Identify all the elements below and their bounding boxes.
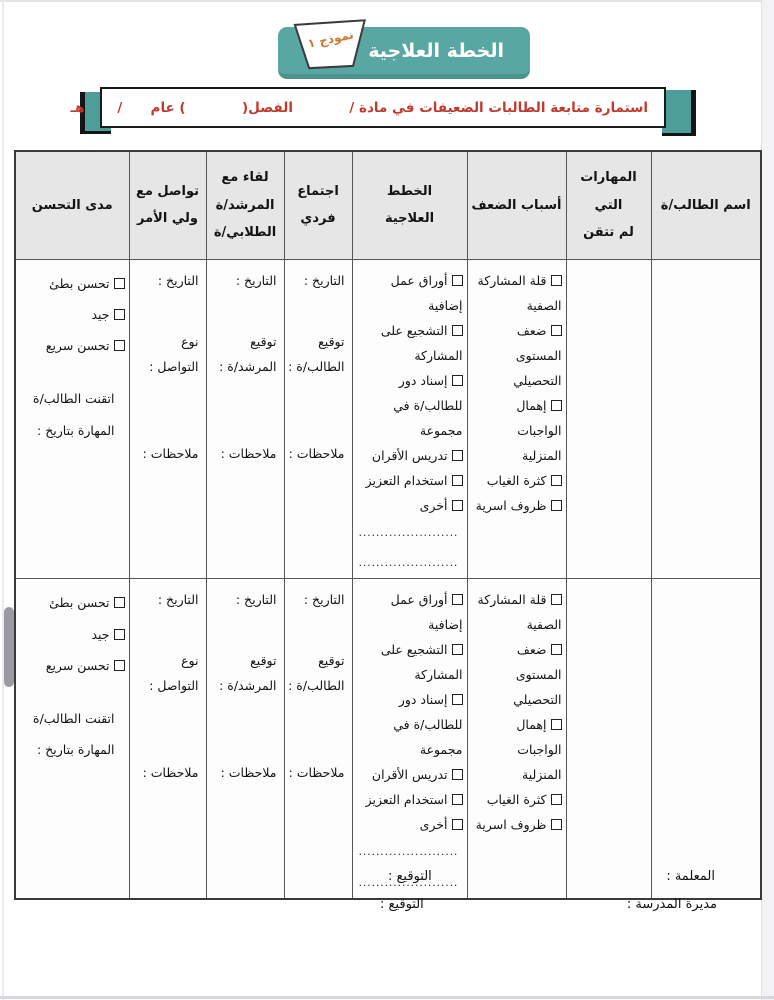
- item-label: جيد: [91, 307, 109, 322]
- check-item: تحسن سريع: [18, 650, 125, 681]
- check-item: قلة المشاركة الصفية: [470, 268, 562, 318]
- item-label: تحسن سريع: [46, 658, 110, 673]
- teacher-signature-label: التوقيع :: [388, 869, 432, 884]
- item-label: التاريخ :: [236, 592, 277, 607]
- scanned-form-page: الخطة العلاجية نموذج ١ استمارة متابعة ال…: [0, 0, 774, 1000]
- item-label: تدريس الأقران: [372, 767, 448, 782]
- table-row: قلة المشاركة الصفيةضعف المستوى التحصيليإ…: [15, 259, 761, 579]
- checkbox[interactable]: [452, 819, 463, 830]
- checkbox[interactable]: [551, 500, 562, 511]
- column-header-student-name: اسم الطالب/ة: [651, 151, 761, 259]
- check-item: التشجيع على المشاركة: [355, 318, 463, 368]
- check-item: كثرة الغياب: [470, 468, 562, 493]
- page-edge-top: [0, 0, 774, 2]
- table-row: قلة المشاركة الصفيةضعف المستوى التحصيليإ…: [15, 579, 761, 899]
- check-item: تدريس الأقران: [355, 762, 463, 787]
- checkbox[interactable]: [452, 644, 463, 655]
- cell-skills[interactable]: [566, 259, 651, 579]
- item-label: جيد: [91, 627, 109, 642]
- column-header-individual-meeting: اجتماع فردي: [284, 151, 352, 259]
- item-label: ملاحظات :: [221, 446, 277, 461]
- cell-individual: التاريخ :توقيع الطالب/ة :ملاحظات :: [284, 259, 352, 579]
- item-label: أخرى: [420, 817, 448, 832]
- text-item: نوع التواصل :: [132, 648, 202, 698]
- text-item: .......................: [355, 518, 463, 548]
- text-item: التاريخ :: [287, 587, 348, 612]
- checkbox[interactable]: [452, 275, 463, 286]
- check-item: إهمال الواجبات المنزلية: [470, 712, 562, 787]
- check-item: قلة المشاركة الصفية: [470, 587, 562, 637]
- check-item: ظروف اسرية: [470, 493, 562, 518]
- item-label: أخرى: [420, 498, 448, 513]
- check-item: أوراق عمل إضافية: [355, 587, 463, 637]
- check-item: تحسن بطئ: [18, 587, 125, 618]
- checkbox[interactable]: [452, 375, 463, 386]
- text-item: توقيع الطالب/ة :: [287, 329, 348, 379]
- checkbox[interactable]: [551, 275, 562, 286]
- check-item: جيد: [18, 299, 125, 330]
- item-label: التاريخ :: [158, 592, 199, 607]
- item-label: تحسن سريع: [46, 338, 110, 353]
- cell-improvement: تحسن بطئجيدتحسن سريعاتقنت الطالب/ة المها…: [15, 259, 129, 579]
- item-label: ظروف اسرية: [476, 498, 547, 513]
- text-item: ملاحظات :: [209, 441, 280, 466]
- item-label: تحسن بطئ: [49, 276, 109, 291]
- item-label: التاريخ :: [304, 592, 345, 607]
- checkbox[interactable]: [452, 769, 463, 780]
- check-item: جيد: [18, 619, 125, 650]
- text-item: التاريخ :: [209, 587, 280, 612]
- checkbox[interactable]: [114, 309, 125, 320]
- teacher-label: المعلمة :: [666, 869, 715, 884]
- page-edge-bottom: [0, 996, 774, 999]
- item-label: استخدام التعزيز: [366, 792, 448, 807]
- column-header-weakness-causes: أسباب الضعف: [467, 151, 566, 259]
- text-item: ملاحظات :: [132, 760, 202, 785]
- titlebar-accent-right: [662, 90, 696, 136]
- item-label: تحسن بطئ: [49, 595, 109, 610]
- principal-signature-label: التوقيع :: [380, 897, 424, 912]
- check-item: إسناد دور للطالب/ة في مجموعة: [355, 687, 463, 762]
- checkbox[interactable]: [551, 644, 562, 655]
- item-label: تدريس الأقران: [372, 448, 448, 463]
- item-label: ظروف اسرية: [476, 817, 547, 832]
- checkbox[interactable]: [551, 325, 562, 336]
- checkbox[interactable]: [114, 597, 125, 608]
- column-header-guardian-contact: تواصل مع ولي الأمر: [129, 151, 206, 259]
- cell-guardian: التاريخ :نوع التواصل :ملاحظات :: [129, 579, 206, 899]
- check-item: استخدام التعزيز: [355, 787, 463, 812]
- form-title: استمارة متابعة الطالبات الضعيفات في مادة…: [71, 100, 648, 116]
- check-item: إسناد دور للطالب/ة في مجموعة: [355, 368, 463, 443]
- cell-plans: أوراق عمل إضافيةالتشجيع على المشاركةإسنا…: [352, 579, 467, 899]
- form-title-bar: استمارة متابعة الطالبات الضعيفات في مادة…: [100, 87, 666, 128]
- cell-student-name[interactable]: [651, 579, 761, 899]
- checkbox[interactable]: [551, 794, 562, 805]
- text-item: التاريخ :: [287, 268, 348, 293]
- item-label: نوع التواصل :: [149, 334, 198, 374]
- checkbox[interactable]: [551, 719, 562, 730]
- text-item: .......................: [355, 837, 463, 867]
- item-label: التشجيع على المشاركة: [381, 323, 463, 363]
- scrollbar-thumb[interactable]: [4, 607, 14, 687]
- checkbox[interactable]: [452, 325, 463, 336]
- cell-guardian: التاريخ :نوع التواصل :ملاحظات :: [129, 259, 206, 579]
- item-label: .......................: [359, 527, 459, 539]
- item-label: استخدام التعزيز: [366, 473, 448, 488]
- text-item: التاريخ :: [132, 268, 202, 293]
- check-item: إهمال الواجبات المنزلية: [470, 393, 562, 468]
- text-item: اتقنت الطالب/ة المهارة بتاريخ :: [18, 703, 125, 766]
- cell-causes: قلة المشاركة الصفيةضعف المستوى التحصيليإ…: [467, 579, 566, 899]
- item-label: توقيع الطالب/ة :: [288, 653, 344, 693]
- banner-title: الخطة العلاجية: [368, 40, 504, 62]
- form-number-badge: نموذج ١: [290, 19, 373, 73]
- item-label: ملاحظات :: [143, 446, 199, 461]
- item-label: اتقنت الطالب/ة المهارة بتاريخ :: [33, 711, 114, 757]
- cell-student-name[interactable]: [651, 259, 761, 579]
- check-item: أخرى: [355, 493, 463, 518]
- item-label: التاريخ :: [158, 273, 199, 288]
- check-item: ضعف المستوى التحصيلي: [470, 637, 562, 712]
- text-item: .......................: [355, 548, 463, 578]
- item-label: ملاحظات :: [221, 765, 277, 780]
- checkbox[interactable]: [452, 594, 463, 605]
- check-item: التشجيع على المشاركة: [355, 637, 463, 687]
- item-label: قلة المشاركة الصفية: [478, 273, 562, 313]
- check-item: ضعف المستوى التحصيلي: [470, 318, 562, 393]
- column-header-remedial-plans: الخطط العلاجية: [352, 151, 467, 259]
- check-item: استخدام التعزيز: [355, 468, 463, 493]
- checkbox[interactable]: [114, 660, 125, 671]
- item-label: كثرة الغياب: [487, 792, 547, 807]
- cell-counselor: التاريخ :توقيع المرشد/ة :ملاحظات :: [206, 259, 284, 579]
- checkbox[interactable]: [551, 819, 562, 830]
- text-item: التاريخ :: [132, 587, 202, 612]
- item-label: ملاحظات :: [289, 765, 345, 780]
- item-label: توقيع المرشد/ة :: [219, 653, 276, 693]
- item-label: كثرة الغياب: [487, 473, 547, 488]
- text-item: توقيع الطالب/ة :: [287, 648, 348, 698]
- check-item: تدريس الأقران: [355, 443, 463, 468]
- column-header-improvement: مدى التحسن: [15, 151, 129, 259]
- item-label: نوع التواصل :: [149, 653, 198, 693]
- text-item: ملاحظات :: [287, 760, 348, 785]
- checkbox[interactable]: [452, 475, 463, 486]
- item-label: ملاحظات :: [143, 765, 199, 780]
- item-label: توقيع الطالب/ة :: [288, 334, 344, 374]
- text-item: ملاحظات :: [287, 441, 348, 466]
- text-item: توقيع المرشد/ة :: [209, 329, 280, 379]
- checkbox[interactable]: [114, 340, 125, 351]
- text-item: توقيع المرشد/ة :: [209, 648, 280, 698]
- checkbox[interactable]: [551, 594, 562, 605]
- check-item: أوراق عمل إضافية: [355, 268, 463, 318]
- table-body: قلة المشاركة الصفيةضعف المستوى التحصيليإ…: [15, 259, 761, 899]
- checkbox[interactable]: [452, 500, 463, 511]
- text-item: ملاحظات :: [209, 760, 280, 785]
- cell-plans: أوراق عمل إضافيةالتشجيع على المشاركةإسنا…: [352, 259, 467, 579]
- table-header: اسم الطالب/ة المهارات التي لم تتقن أسباب…: [15, 151, 761, 259]
- item-label: التاريخ :: [236, 273, 277, 288]
- page-edge-right: [761, 0, 774, 1000]
- check-item: تحسن سريع: [18, 330, 125, 361]
- item-label: اتقنت الطالب/ة المهارة بتاريخ :: [33, 391, 114, 437]
- checkbox[interactable]: [452, 450, 463, 461]
- item-label: .......................: [359, 846, 459, 858]
- item-label: ملاحظات :: [289, 446, 345, 461]
- column-header-counselor-meeting: لقاء مع المرشد/ة الطلابي/ة: [206, 151, 284, 259]
- check-item: تحسن بطئ: [18, 268, 125, 299]
- cell-causes: قلة المشاركة الصفيةضعف المستوى التحصيليإ…: [467, 259, 566, 579]
- cell-counselor: التاريخ :توقيع المرشد/ة :ملاحظات :: [206, 579, 284, 899]
- cell-improvement: تحسن بطئجيدتحسن سريعاتقنت الطالب/ة المها…: [15, 579, 129, 899]
- item-label: التاريخ :: [304, 273, 345, 288]
- checkbox[interactable]: [551, 400, 562, 411]
- checkbox[interactable]: [551, 475, 562, 486]
- cell-skills[interactable]: [566, 579, 651, 899]
- item-label: التشجيع على المشاركة: [381, 642, 463, 682]
- check-item: ظروف اسرية: [470, 812, 562, 837]
- item-label: توقيع المرشد/ة :: [219, 334, 276, 374]
- form-table: اسم الطالب/ة المهارات التي لم تتقن أسباب…: [14, 150, 762, 900]
- checkbox[interactable]: [114, 629, 125, 640]
- column-header-skills: المهارات التي لم تتقن: [566, 151, 651, 259]
- checkbox[interactable]: [114, 278, 125, 289]
- text-item: اتقنت الطالب/ة المهارة بتاريخ :: [18, 383, 125, 446]
- header-row: اسم الطالب/ة المهارات التي لم تتقن أسباب…: [15, 151, 761, 259]
- principal-label: مديرة المدرسة :: [627, 897, 717, 912]
- item-label: قلة المشاركة الصفية: [478, 592, 562, 632]
- page-edge-left: [2, 0, 4, 1000]
- item-label: .......................: [359, 557, 459, 569]
- checkbox[interactable]: [452, 694, 463, 705]
- text-item: التاريخ :: [209, 268, 280, 293]
- checkbox[interactable]: [452, 794, 463, 805]
- text-item: ملاحظات :: [132, 441, 202, 466]
- check-item: أخرى: [355, 812, 463, 837]
- text-item: نوع التواصل :: [132, 329, 202, 379]
- cell-individual: التاريخ :توقيع الطالب/ة :ملاحظات :: [284, 579, 352, 899]
- check-item: كثرة الغياب: [470, 787, 562, 812]
